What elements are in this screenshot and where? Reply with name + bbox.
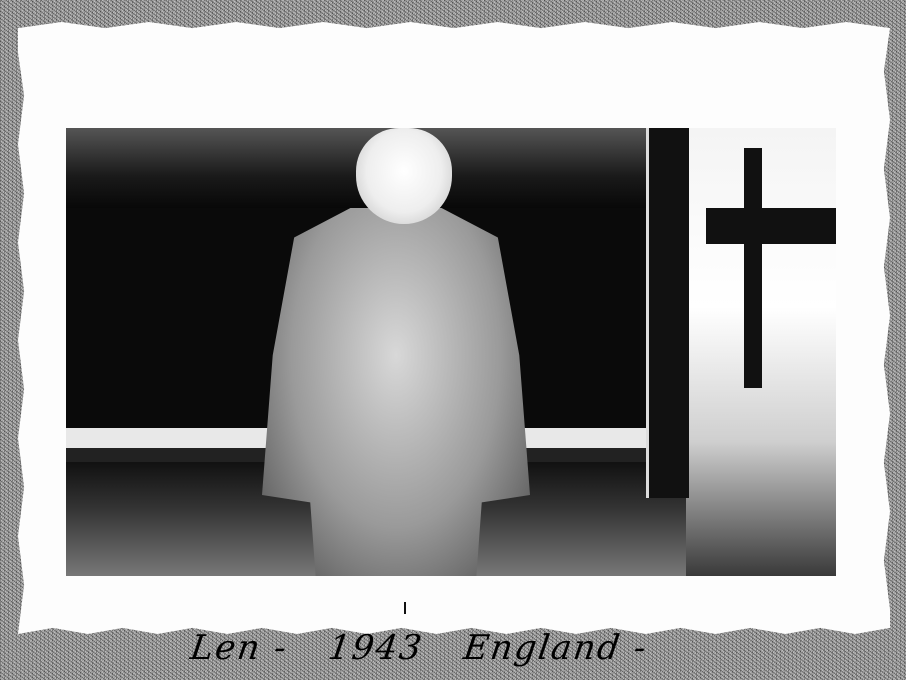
man-head: [356, 128, 452, 224]
pencil-mark: [404, 602, 406, 614]
door-frame: [646, 128, 689, 498]
caption-name: Len -: [188, 628, 291, 668]
handwritten-caption: Len - 1943 England -: [186, 628, 793, 680]
photo-image: [66, 128, 836, 576]
caption-year: 1943: [326, 628, 426, 668]
caption-place: England -: [461, 628, 650, 668]
distant-building: [706, 208, 836, 244]
pole: [744, 148, 762, 388]
